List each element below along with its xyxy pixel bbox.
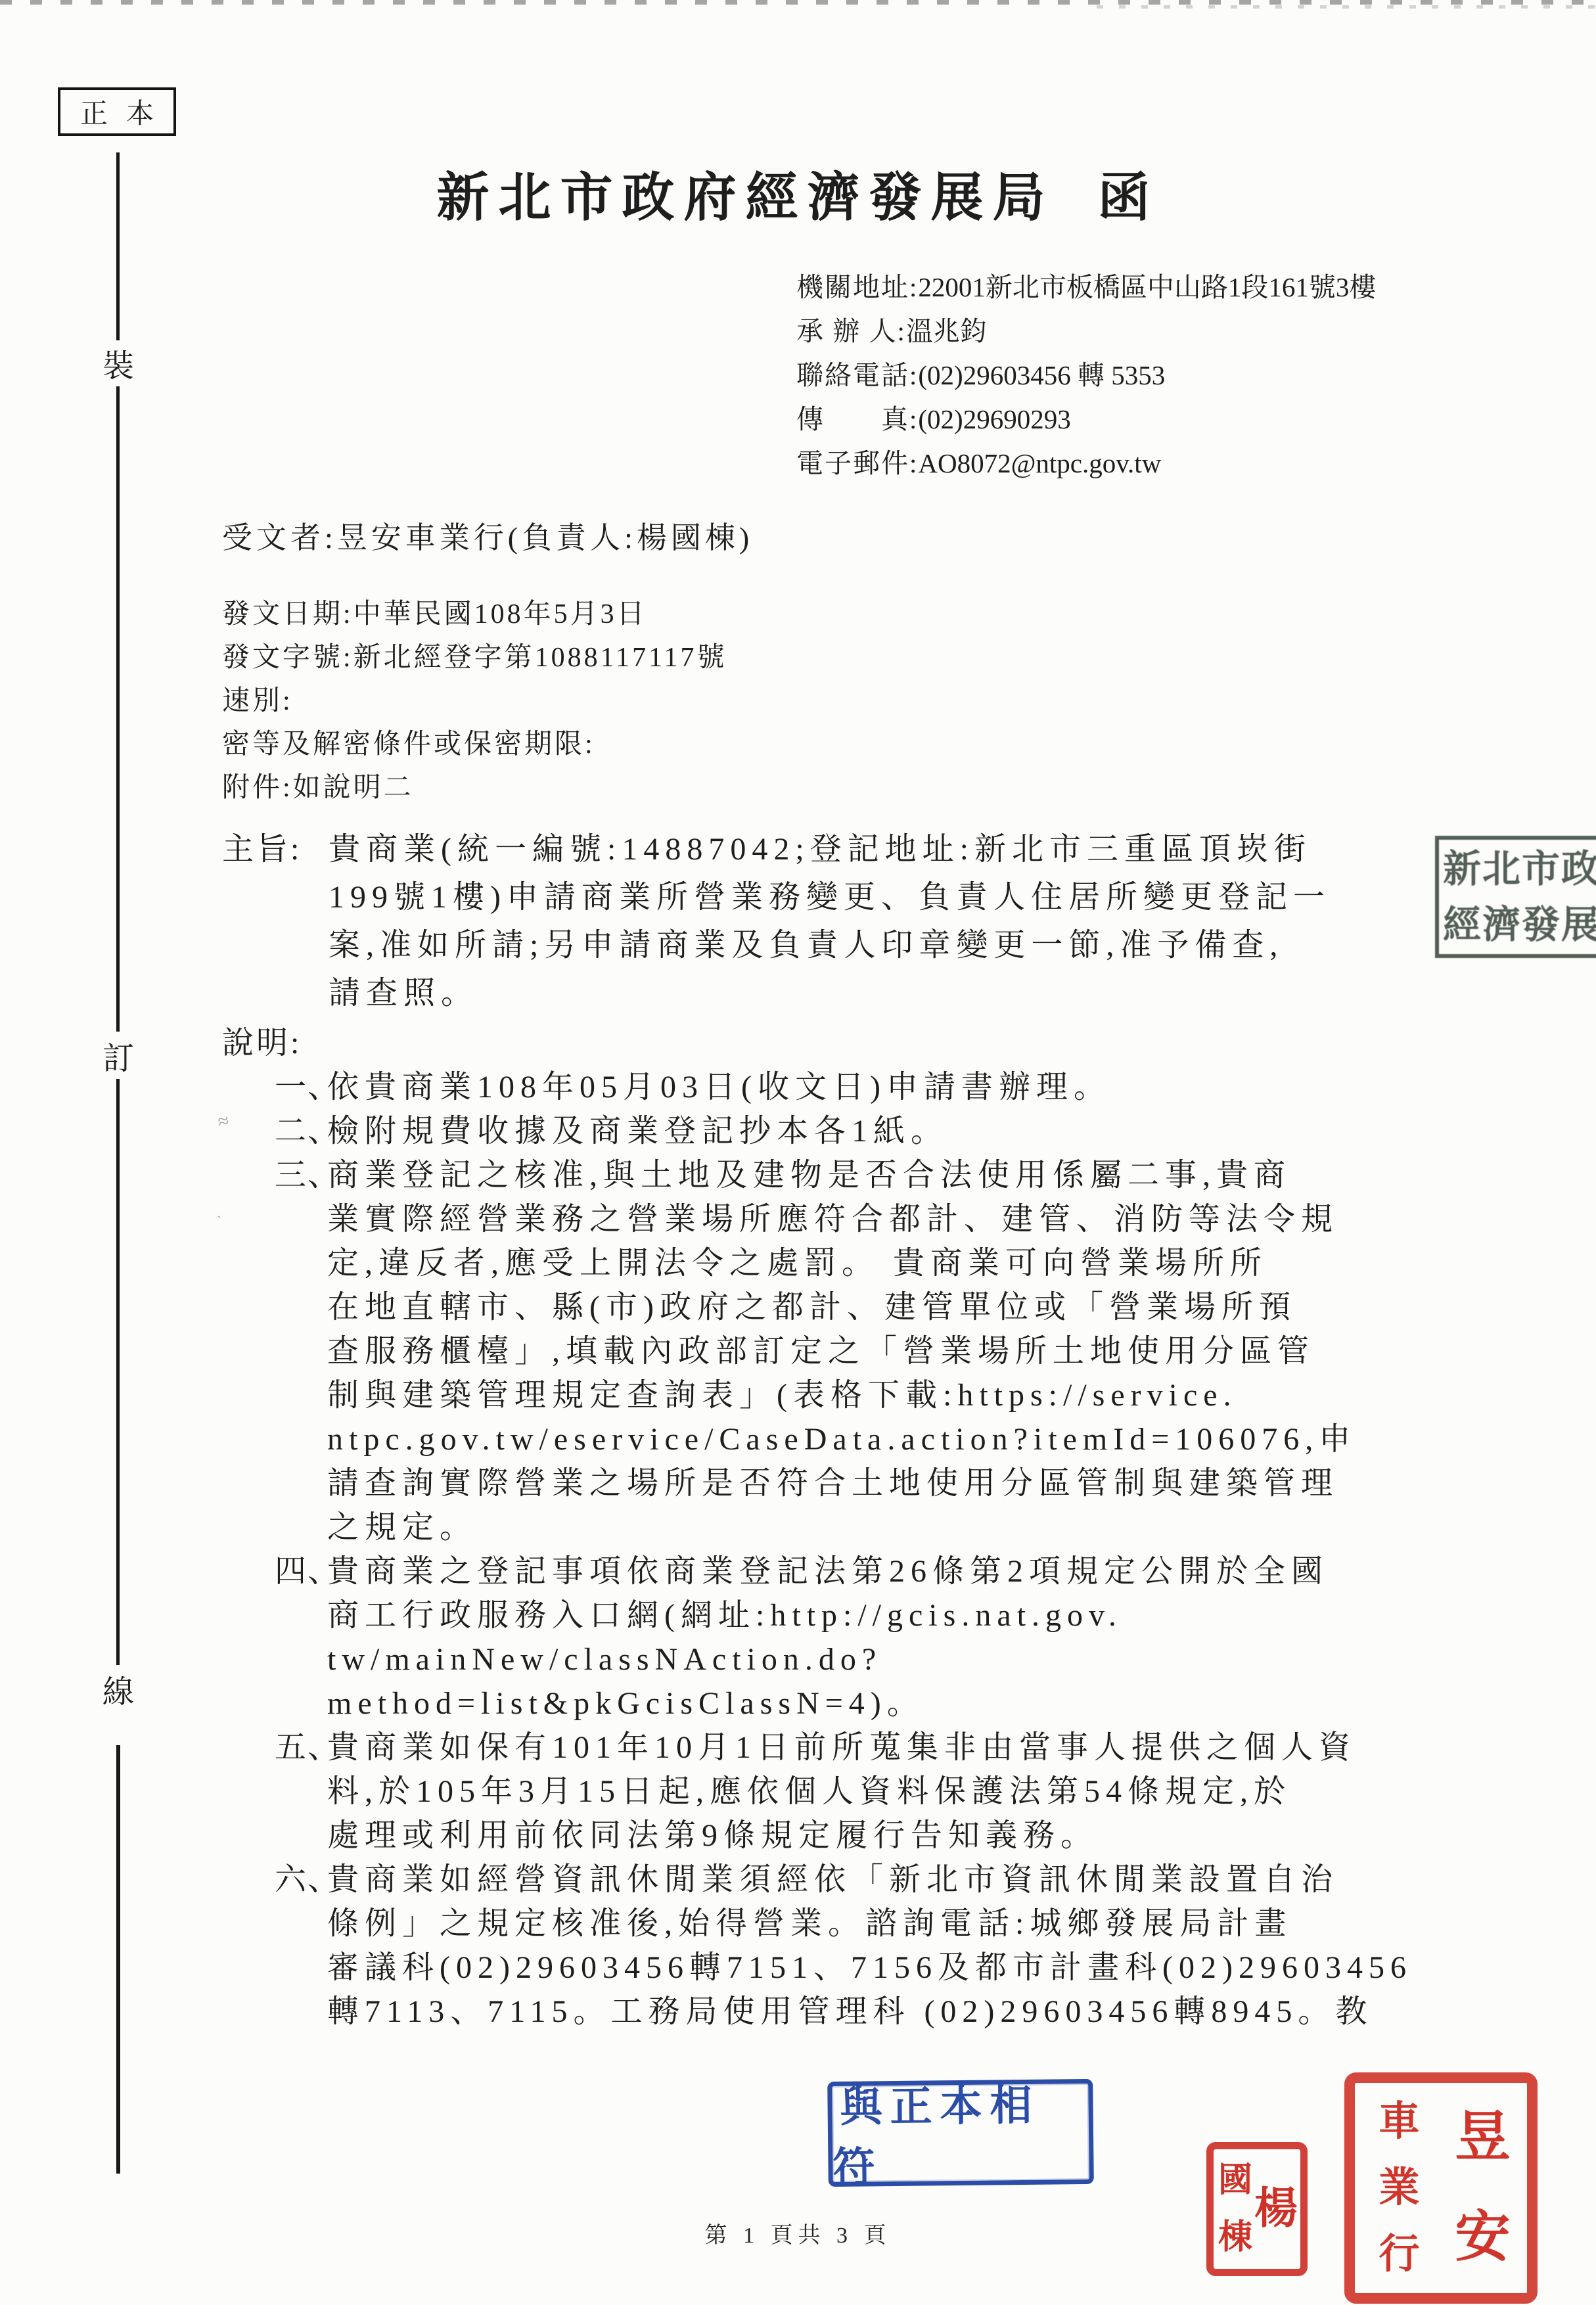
contact-row-address: 機關地址:22001新北市板橋區中山路1段161號3樓 [796,265,1376,309]
scan-noise-artifact [0,0,1596,5]
binding-mark-xian: 線 [95,1666,142,1712]
explanation-line: 一、依貴商業108年05月03日(收文日)申請書辦理。 [222,1065,1471,1109]
document-meta-block: 發文日期:中華民國108年5月3日 發文字號:新北經登字第1088117117號… [222,593,727,810]
explanation-line: 商工行政服務入口網(網址:http://gcis.nat.gov. [222,1593,1471,1637]
explanation-line: 查服務櫃檯」,填載內政部訂定之「營業場所土地使用分區管 [222,1329,1471,1373]
contact-row-officer: 承 辦 人:溫兆鈞 [796,309,1376,354]
explanation-line: 請查詢實際營業之場所是否符合土地使用分區管制與建築管理 [222,1461,1471,1505]
explanation-line: 在地直轄市、縣(市)政府之都計、建管單位或「營業場所預 [222,1285,1471,1329]
agency-seal-row: 經濟發展 [1443,906,1596,944]
explanation-line: ntpc.gov.tw/eservice/CaseData.action?ite… [222,1417,1471,1461]
binding-line-segment [116,1079,120,1665]
scanned-letter-page: 正本 裝 訂 線 ≈ ` 新北市政府經濟發展局函 機關地址:22001新北市板橋… [0,0,1596,2305]
recipient-label: 受文者: [222,521,337,555]
binding-line-segment [116,386,120,1032]
item-text: 轉7113、7115。工務局使用管理科 (02)29603456轉8945。教 [327,1994,1373,2029]
contact-row-phone: 聯絡電話:(02)29603456 轉 5353 [796,354,1376,398]
item-text: 請查詢實際營業之場所是否符合土地使用分區管制與建築管理 [327,1466,1338,1501]
item-text: tw/mainNew/classNAction.do? [327,1642,882,1677]
contact-value: AO8072@ntpc.gov.tw [918,448,1161,478]
item-text: method=list&pkGcisClassN=4)。 [327,1686,924,1721]
item-text: 商工行政服務入口網(網址:http://gcis.nat.gov. [327,1598,1122,1633]
explanation-line: 料,於105年3月15日起,應依個人資料保護法第54條規定,於 [222,1769,1471,1814]
item-marker: 二、 [275,1109,340,1153]
contact-row-fax: 傳 真:(02)29690293 [796,398,1376,442]
item-marker: 四、 [275,1549,340,1593]
explanation-line: 五、貴商業如保有101年10月1日前所蒐集非由當事人提供之個人資 [222,1725,1471,1769]
subject-line: 199號1樓)申請商業所營業務變更、負責人住居所變更登記一 [222,873,1444,921]
explanation-line: 四、貴商業之登記事項依商業登記法第26條第2項規定公開於全國 [222,1549,1471,1593]
item-text: 業實際經營業務之營業場所應符合都計、建管、消防等法令規 [327,1202,1338,1237]
item-text: 在地直轄市、縣(市)政府之都計、建管單位或「營業場所預 [327,1290,1296,1325]
subject-line: 請查照。 [222,969,1444,1017]
explanation-line: tw/mainNew/classNAction.do? [222,1637,1471,1681]
contact-label: 電子郵件: [796,448,918,478]
agency-seal: 新北市政 經濟發展 [1435,836,1596,958]
item-text: 檢附規費收據及商業登記抄本各1紙。 [327,1114,948,1149]
item-marker: 一、 [275,1065,340,1109]
item-text: 之規定。 [327,1510,477,1545]
doc-type-label: 函 [1098,170,1160,227]
certified-copy-stamp: 與正本相符 [827,2079,1094,2187]
explanation-line: 六、貴商業如經營資訊休閒業須經依「新北市資訊休閒業設置自治 [222,1858,1471,1902]
binding-line-segment [116,1745,120,2174]
explanation-line: 之規定。 [222,1505,1471,1549]
item-text: 貴商業如經營資訊休閒業須經依「新北市資訊休閒業設置自治 [327,1862,1338,1897]
item-text: 處理或利用前依同法第9條規定履行告知義務。 [327,1818,1098,1853]
meta-line-date: 發文日期:中華民國108年5月3日 [222,593,727,636]
recipient-value: 昱安車業行(負責人:楊國棟) [337,521,753,555]
page-number: 第 1 頁共 3 頁 [0,2217,1596,2249]
subject-label: 主旨: [222,825,302,873]
seal-character: 國 [1218,2164,1252,2198]
contact-row-email: 電子郵件:AO8072@ntpc.gov.tw [796,442,1376,486]
contact-value: 溫兆鈞 [906,316,987,346]
certified-copy-stamp-text: 與正本相符 [832,2071,1089,2195]
contact-value: (02)29690293 [918,404,1070,434]
explanation-line: 審議科(02)29603456轉7151、7156及都市計畫科(02)29603… [222,1946,1471,1990]
business-seal: 車 業 行 昱 安 [1344,2072,1538,2304]
item-text: 條例」之規定核准後,始得營業。諮詢電話:城鄉發展局計畫 [327,1906,1292,1941]
subject-section: 主旨:貴商業(統一編號:14887042;登記地址:新北市三重區頂崁街 199號… [222,825,1444,1017]
item-text: 料,於105年3月15日起,應依個人資料保護法第54條規定,於 [327,1774,1291,1809]
subject-line: 案,准如所請;另申請商業及負責人印章變更一節,准予備查, [222,921,1444,969]
subject-text: 貴商業(統一編號:14887042;登記地址:新北市三重區頂崁街 [329,832,1311,867]
contact-value: (02)29603456 轉 5353 [918,360,1165,390]
explanation-line: method=list&pkGcisClassN=4)。 [222,1681,1471,1725]
page-title: 新北市政府經濟發展局函 [0,155,1596,231]
contact-label: 傳 真: [796,404,918,434]
item-marker: 三、 [275,1153,340,1197]
item-text: 審議科(02)29603456轉7151、7156及都市計畫科(02)29603… [327,1950,1412,1985]
copy-label-box: 正本 [58,87,176,136]
seal-character: 業 [1379,2168,1419,2208]
copy-label: 正本 [62,92,172,131]
business-seal-right-column: 昱 安 [1441,2088,1524,2288]
meta-line-attachment: 附件:如說明二 [222,766,727,810]
explanation-line: 三、商業登記之核准,與土地及建物是否合法使用係屬二事,貴商 [222,1153,1471,1197]
contact-label: 承 辦 人: [796,316,906,346]
owner-seal: 國 棟 楊 [1206,2142,1308,2276]
explanation-line: 轉7113、7115。工務局使用管理科 (02)29603456轉8945。教 [222,1990,1471,2034]
recipient-line: 受文者:昱安車業行(負責人:楊國棟) [222,514,753,557]
item-text: 查服務櫃檯」,填載內政部訂定之「營業場所土地使用分區管 [327,1334,1315,1369]
item-text: 依貴商業108年05月03日(收文日)申請書辦理。 [327,1070,1111,1105]
scan-pen-mark: ` [217,1213,221,1230]
contact-value: 22001新北市板橋區中山路1段161號3樓 [918,272,1376,302]
contact-label: 機關地址: [796,272,918,302]
explanation-line: 定,違反者,應受上開法令之處罰。 貴商業可向營業場所所 [222,1241,1471,1285]
meta-line-speed: 速別: [222,679,727,723]
seal-character: 車 [1379,2101,1419,2142]
item-text: 制與建築管理規定查詢表」(表格下載:https://service. [327,1378,1237,1413]
item-marker: 六、 [275,1858,340,1902]
explanation-line: 制與建築管理規定查詢表」(表格下載:https://service. [222,1373,1471,1417]
binding-mark-ding: 訂 [95,1033,142,1078]
contact-block: 機關地址:22001新北市板橋區中山路1段161號3樓 承 辦 人:溫兆鈞 聯絡… [796,265,1376,486]
explanation-line: 處理或利用前依同法第9條規定履行告知義務。 [222,1814,1471,1858]
contact-label: 聯絡電話: [796,360,918,390]
explanation-line: 業實際經營業務之營業場所應符合都計、建管、消防等法令規 [222,1197,1471,1241]
meta-line-security: 密等及解密條件或保密期限: [222,723,727,766]
explanation-heading: 說明: [222,1021,1471,1065]
item-text: 定,違反者,應受上開法令之處罰。 貴商業可向營業場所所 [327,1246,1267,1281]
binding-mark-zhuang: 裝 [95,340,142,386]
explanation-line: 二、檢附規費收據及商業登記抄本各1紙。 [222,1109,1471,1153]
business-seal-left-column: 車 業 行 [1357,2088,1441,2288]
scan-noise-artifact [1097,5,1596,9]
subject-line: 主旨:貴商業(統一編號:14887042;登記地址:新北市三重區頂崁街 [222,825,1444,873]
agency-seal-row: 新北市政 [1443,850,1596,888]
item-text: 商業登記之核准,與土地及建物是否合法使用係屬二事,貴商 [327,1158,1291,1193]
explanation-section: 說明: 一、依貴商業108年05月03日(收文日)申請書辦理。 二、檢附規費收據… [222,1021,1471,2034]
item-marker: 五、 [275,1725,340,1769]
item-text: 貴商業之登記事項依商業登記法第26條第2項規定公開於全國 [327,1554,1329,1589]
seal-character: 昱 [1455,2111,1510,2166]
explanation-line: 條例」之規定核准後,始得營業。諮詢電話:城鄉發展局計畫 [222,1902,1471,1946]
agency-name: 新北市政府經濟發展局 [437,170,1055,227]
item-text: 貴商業如保有101年10月1日前所蒐集非由當事人提供之個人資 [327,1730,1356,1765]
item-text: ntpc.gov.tw/eservice/CaseData.action?ite… [327,1422,1356,1457]
meta-line-number: 發文字號:新北經登字第1088117117號 [222,636,727,679]
